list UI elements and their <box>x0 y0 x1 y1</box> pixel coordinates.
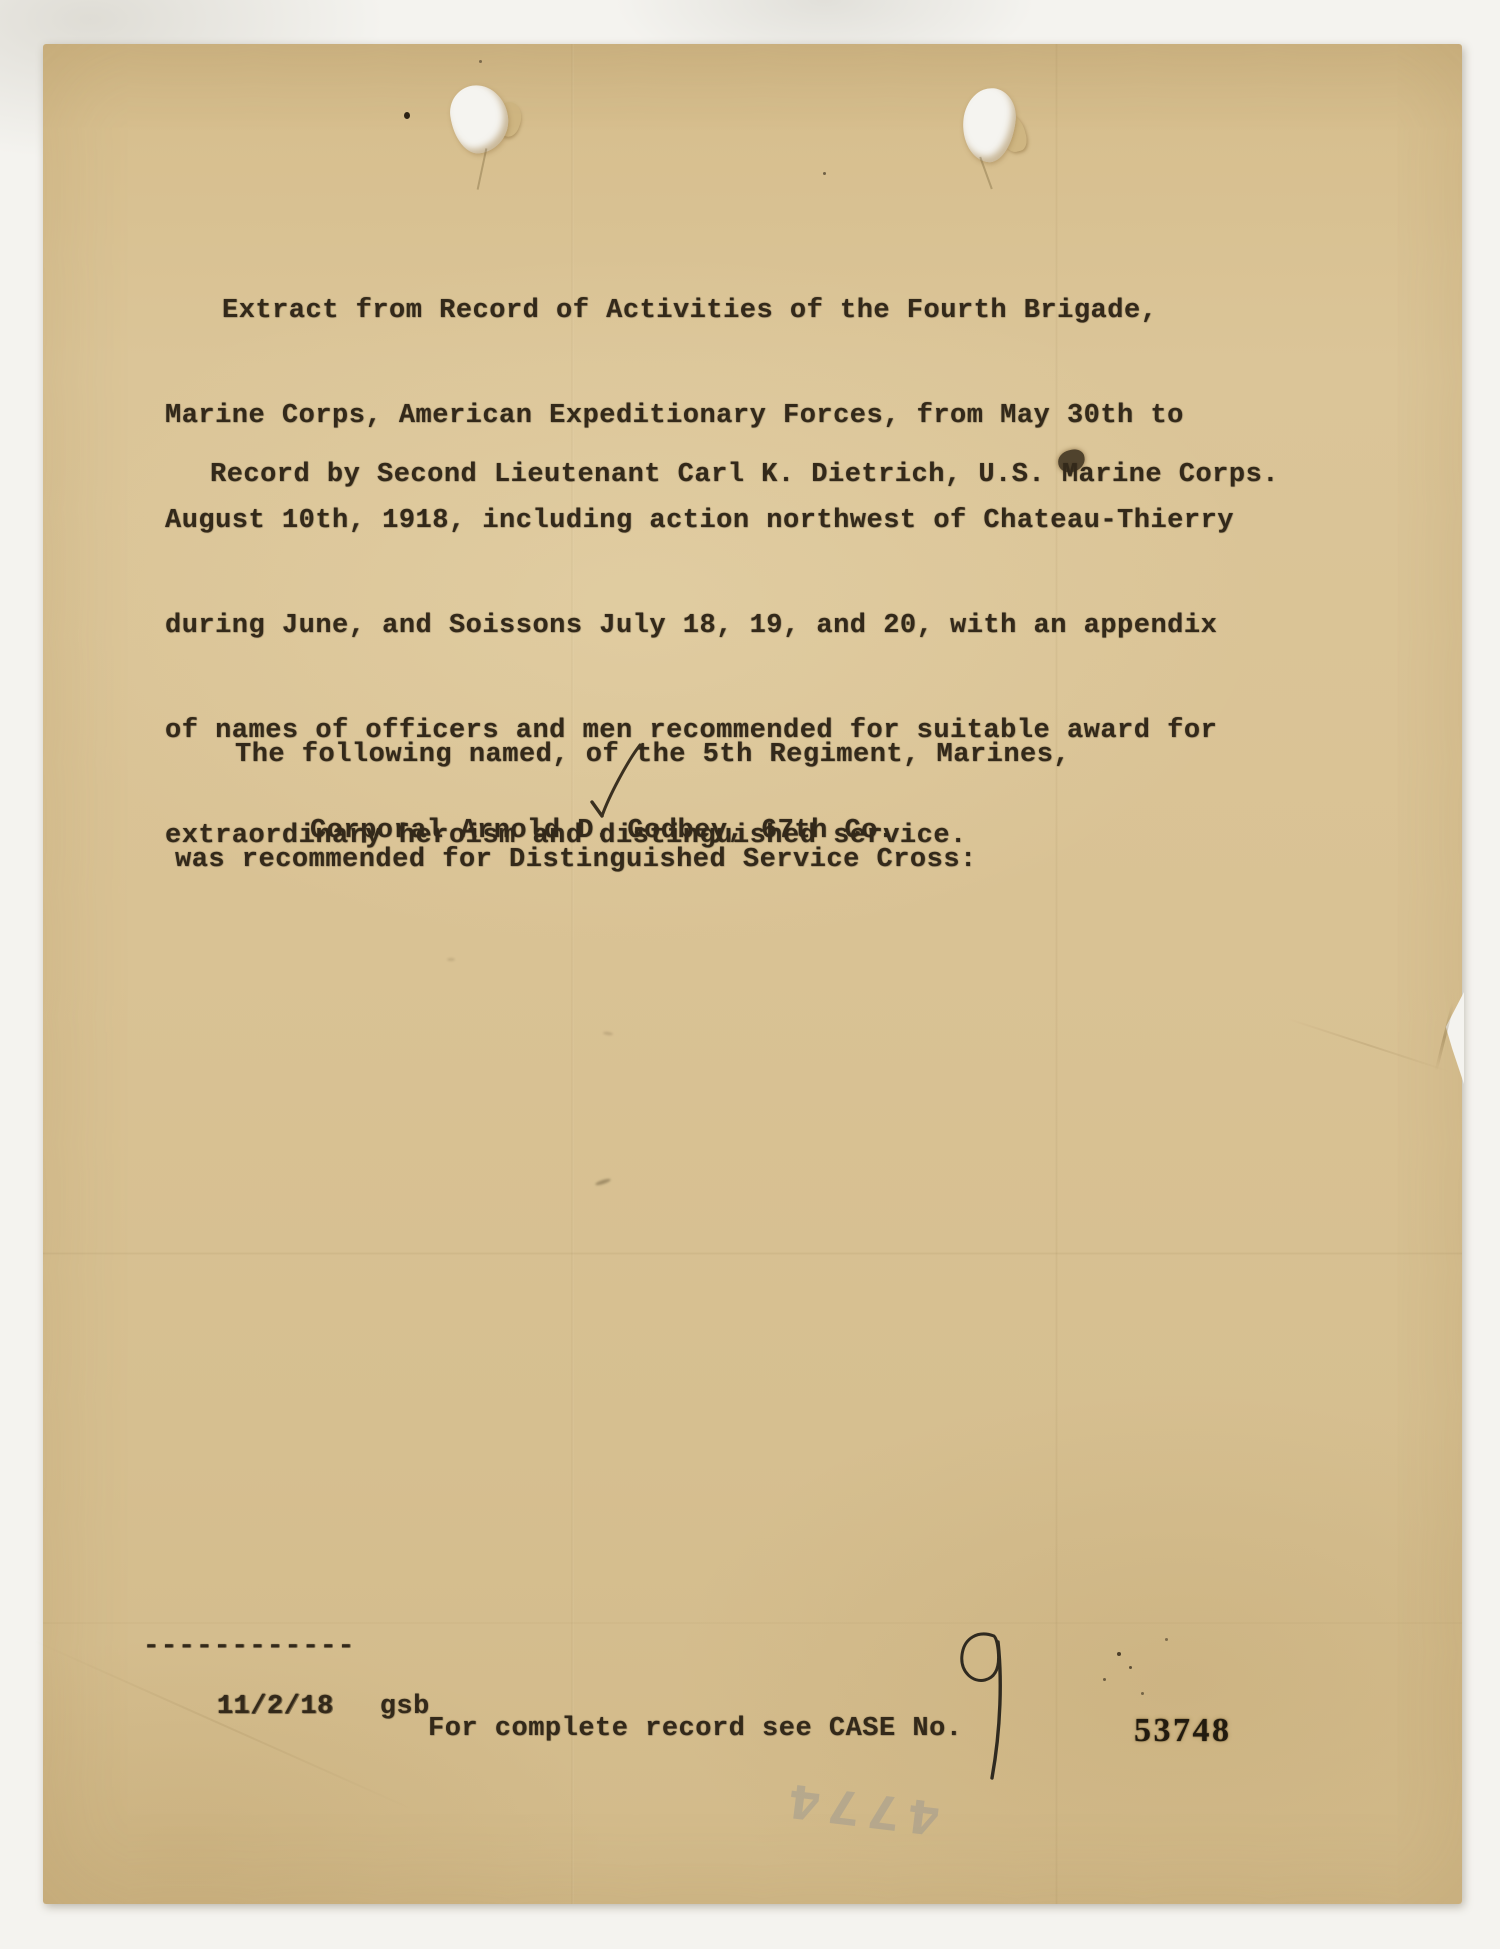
punch-hole-tear <box>477 148 488 189</box>
punch-hole-left <box>447 81 513 156</box>
ink-speck <box>823 172 826 175</box>
ink-smear <box>447 958 455 961</box>
ink-speck <box>1165 1638 1168 1641</box>
ink-speck <box>1117 1652 1121 1656</box>
date-stamp: 11/2/18 <box>217 1692 334 1722</box>
handwritten-checkmark-icon <box>585 742 647 824</box>
ink-speck <box>1141 1692 1144 1695</box>
ink-smear <box>595 1178 611 1187</box>
case-number-handwritten <box>952 1628 1024 1786</box>
typewritten-line: August 10th, 1918, including action nort… <box>165 504 1234 539</box>
ink-speck <box>404 112 410 119</box>
paper-crease <box>1287 1018 1449 1072</box>
file-number-stamp: 53748 <box>1134 1712 1232 1750</box>
paper-crease <box>43 1252 1462 1255</box>
scanned-document-page: { "document": { "paragraph_lines": [ "Ex… <box>0 0 1500 1949</box>
punch-hole-right <box>959 85 1018 164</box>
mirrored-pencil-number: 4774 <box>777 1772 942 1845</box>
typewritten-line: Marine Corps, American Expeditionary For… <box>165 399 1234 434</box>
case-note-line: For complete record see CASE No. <box>428 1712 962 1747</box>
clerk-initials: gsb <box>380 1692 430 1722</box>
ink-speck <box>1129 1666 1132 1669</box>
soldier-name-line: Corporal Arnold D. Godbey, 67th Co. <box>310 814 895 849</box>
typewritten-line: Extract from Record of Activities of the… <box>165 294 1234 329</box>
date-initials-line: 11/2/18gsb <box>150 1655 430 1760</box>
ink-smear <box>603 1031 613 1035</box>
paper-crease <box>43 1622 1462 1624</box>
typewritten-line: during June, and Soissons July 18, 19, a… <box>165 609 1234 644</box>
record-by-line: Record by Second Lieutenant Carl K. Diet… <box>210 458 1279 493</box>
ink-speck <box>479 60 482 63</box>
ink-speck <box>1103 1678 1106 1681</box>
paper-sheet: Extract from Record of Activities of the… <box>43 44 1462 1904</box>
